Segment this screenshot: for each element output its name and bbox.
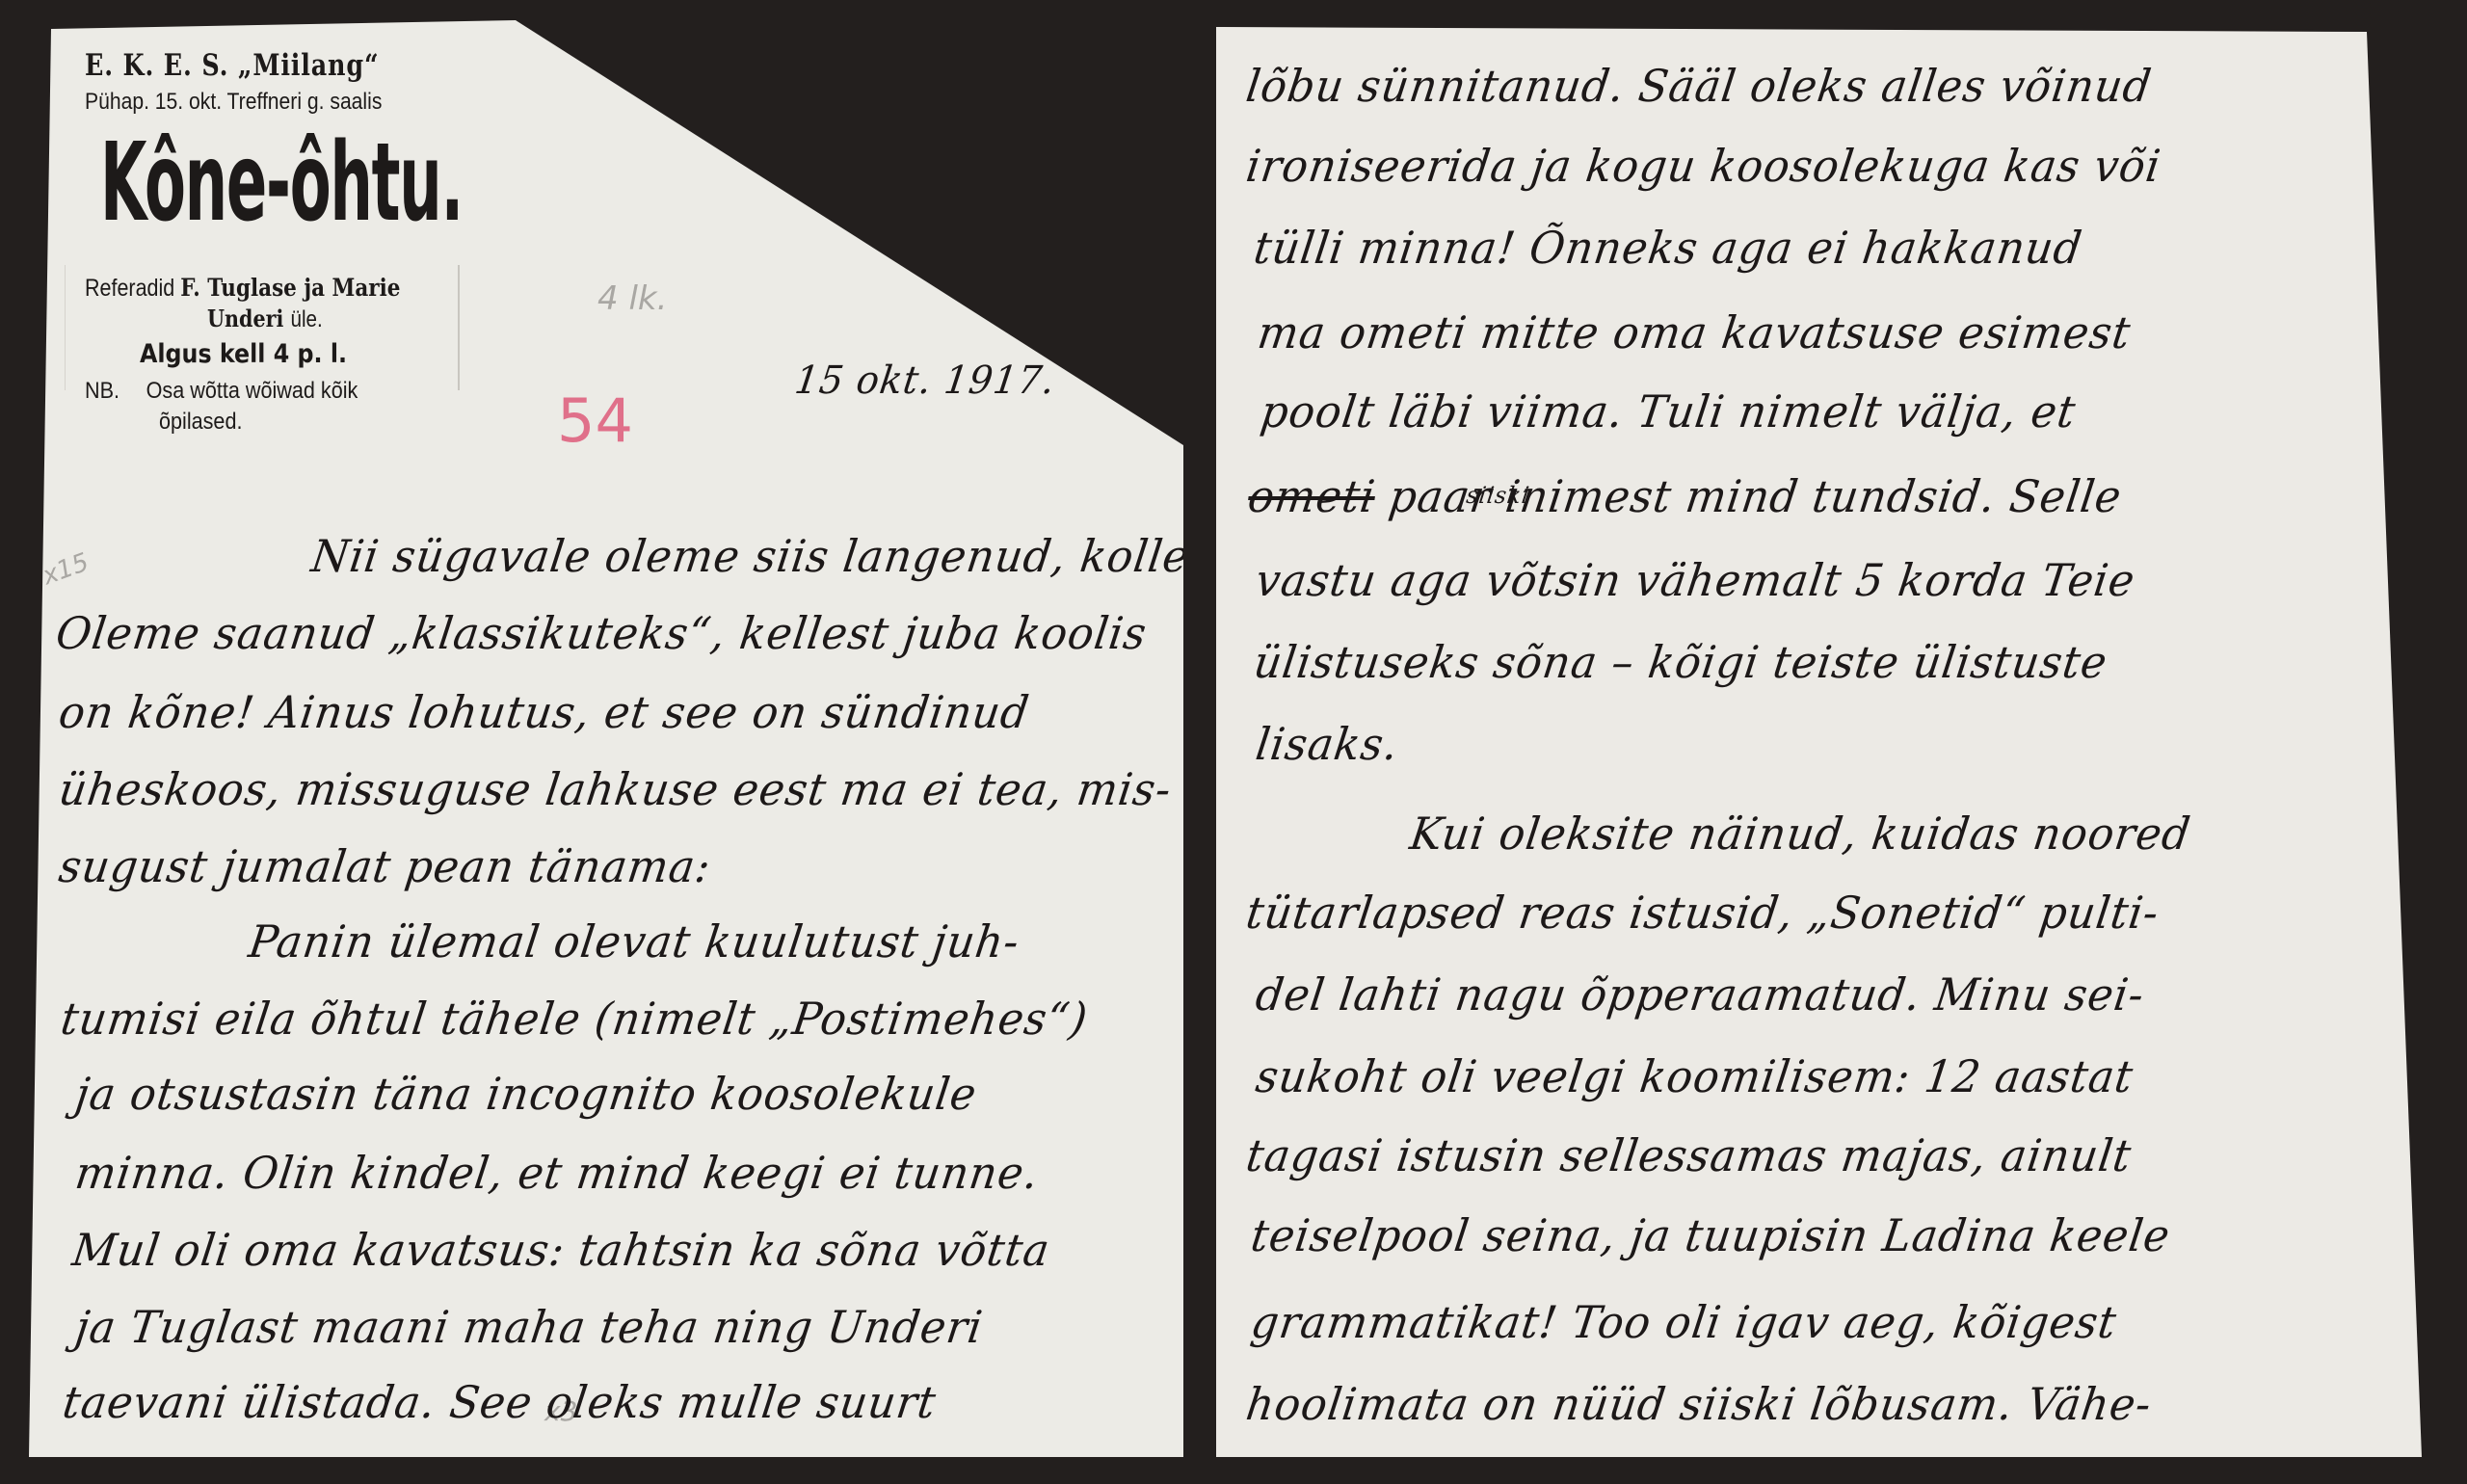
letter-line: Mul oli oma kavatsus: tahtsin ka sõna võ… (69, 1224, 1053, 1276)
newspaper-clipping: E. K. E. S. „Miilang“ Pühap. 15. okt. Tr… (67, 40, 458, 426)
clipping-ref-suffix: üle. (290, 306, 322, 332)
letter-line: ja Tuglast maani maha teha ning Underi (72, 1301, 986, 1353)
margin-mark: x15 (39, 548, 93, 592)
archive-number-annotation: 54 (557, 385, 633, 456)
letter-line: taevani ülistada. See oleks mulle suurt (60, 1376, 940, 1428)
clipping-referees: Referadid F. Tuglase ja Marie (85, 274, 420, 303)
clipping-nb-text: Osa wõtta wõiwad kõik (146, 378, 358, 404)
clipping-ref-prefix: Referadid (85, 275, 174, 302)
letter-line: lõbu sünnitanud. Sääl oleks alles võinud (1243, 60, 2155, 112)
letter-line: minna. Olin kindel, et mind keegi ei tun… (72, 1147, 1042, 1199)
letter-line: del lahti nagu õpperaamatud. Minu sei- (1253, 968, 2148, 1020)
clipping-border-right (458, 265, 460, 390)
clipping-start-time: Algus kell 4 p. l. (140, 339, 483, 369)
struck-word: ometi (1245, 470, 1379, 522)
letter-line: vastu aga võtsin vähemalt 5 korda Teie (1253, 554, 2138, 606)
letter-line: Oleme saanud „klassikuteks“, kellest jub… (53, 607, 1150, 659)
letter-line: sukoht oli veelgi koomilisem: 12 aastat (1253, 1050, 2136, 1102)
inserted-word: siiski (1465, 482, 1531, 509)
letter-line: ülistuseks sõna – kõigi teiste ülistuste (1251, 636, 2110, 688)
clipping-nb: NB. Osa wõtta wõiwad kõik (85, 378, 437, 405)
letter-line: hoolimata on nüüd siiski lõbusam. Vähe- (1243, 1378, 2155, 1430)
letter-date: 15 okt. 1917. (792, 358, 1058, 403)
clipping-referees-cont: Underi üle. (207, 305, 543, 333)
letter-line: ja otsustasin täna incognito koosolekule (72, 1068, 980, 1120)
letter-line: sugust jumalat pean tänama: (56, 840, 714, 892)
clipping-nb-label: NB. (85, 378, 119, 404)
clipping-title: Kône-ôhtu. (100, 125, 342, 241)
letter-line: tumisi eila õhtul tähele (nimelt „Postim… (58, 993, 1091, 1045)
clipping-organization: E. K. E. S. „Miilang“ (85, 48, 405, 83)
clipping-nb-text2: õpilased. (159, 409, 511, 436)
letter-line: teiselpool seina, ja tuupisin Ladina kee… (1248, 1209, 2173, 1261)
letter-line: tütarlapsed reas istusid, „Sonetid“ pult… (1243, 887, 2162, 939)
letter-line: poolt läbi viima. Tuli nimelt välja, et (1258, 385, 2079, 437)
letter-line: ma ometi mitte oma kavatsuse esimest (1255, 306, 2134, 358)
letter-line: tagasi istusin sellessamas majas, ainult (1243, 1129, 2135, 1181)
clipping-border-left (65, 265, 66, 390)
clipping-ref-names2: Underi (207, 305, 283, 332)
clipping-ref-names: F. Tuglase ja Marie (180, 274, 400, 302)
letter-line: lisaks. (1253, 718, 1402, 770)
letter-line: on kõne! Ainus lohutus, et see on sündin… (56, 686, 1033, 738)
letter-line: tülli minna! Õnneks aga ei hakkanud (1251, 222, 2085, 274)
letter-line: üheskoos, missuguse lahkuse eest ma ei t… (56, 763, 1175, 815)
clipping-date-place: Pühap. 15. okt. Treffneri g. saalis (85, 89, 428, 116)
page-count-annotation: 4 lk. (597, 279, 667, 318)
letter-line: grammatikat! Too oli igav aeg, kõigest (1248, 1296, 2120, 1348)
letter-line: Nii sügavale oleme siis langenud, kollee… (308, 530, 1291, 582)
letter-line: Kui oleksite näinud, kuidas noored (1407, 808, 2194, 860)
letter-line: Panin ülemal olevat kuulutust juh- (246, 915, 1022, 967)
letter-line: ironiseerida ja kogu koosolekuga kas või (1243, 140, 2164, 192)
letter-line-with-correction: ometi paar inimest mind tundsid. Selle (1245, 470, 2125, 522)
